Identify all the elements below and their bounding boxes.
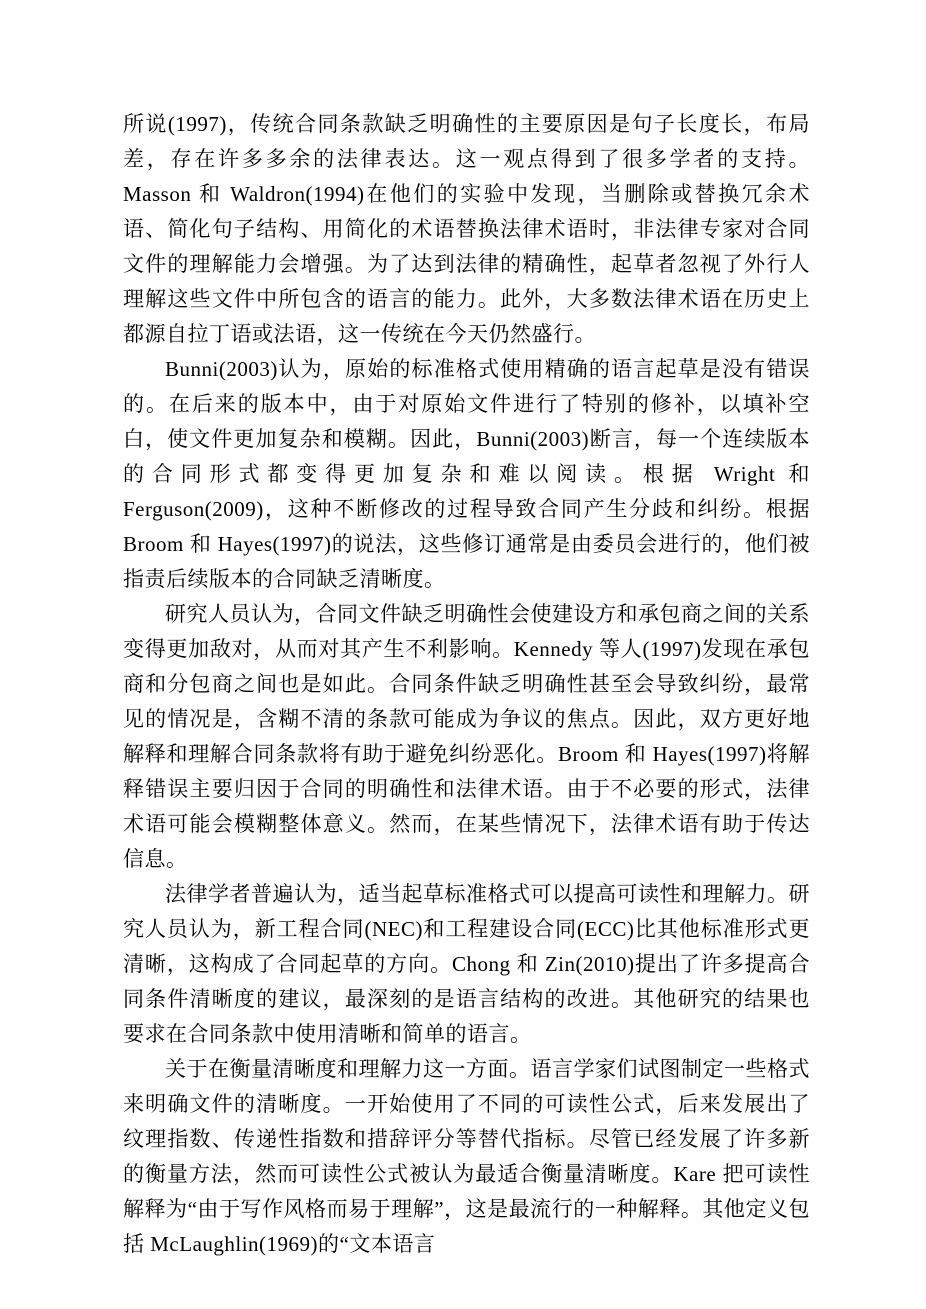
- paragraph-4: 法律学者普遍认为，适当起草标准格式可以提高可读性和理解力。研究人员认为，新工程合…: [123, 877, 810, 1052]
- paragraph-3: 研究人员认为，合同文件缺乏明确性会使建设方和承包商之间的关系变得更加敌对，从而对…: [123, 597, 810, 877]
- document-page: 所说(1997)，传统合同条款缺乏明确性的主要原因是句子长度长，布局差，存在许多…: [0, 0, 926, 1309]
- paragraph-2: Bunni(2003)认为，原始的标准格式使用精确的语言起草是没有错误的。在后来…: [123, 352, 810, 597]
- paragraph-5: 关于在衡量清晰度和理解力这一方面。语言学家们试图制定一些格式来明确文件的清晰度。…: [123, 1052, 810, 1262]
- paragraph-1: 所说(1997)，传统合同条款缺乏明确性的主要原因是句子长度长，布局差，存在许多…: [123, 107, 810, 352]
- text-block: 所说(1997)，传统合同条款缺乏明确性的主要原因是句子长度长，布局差，存在许多…: [123, 107, 810, 1262]
